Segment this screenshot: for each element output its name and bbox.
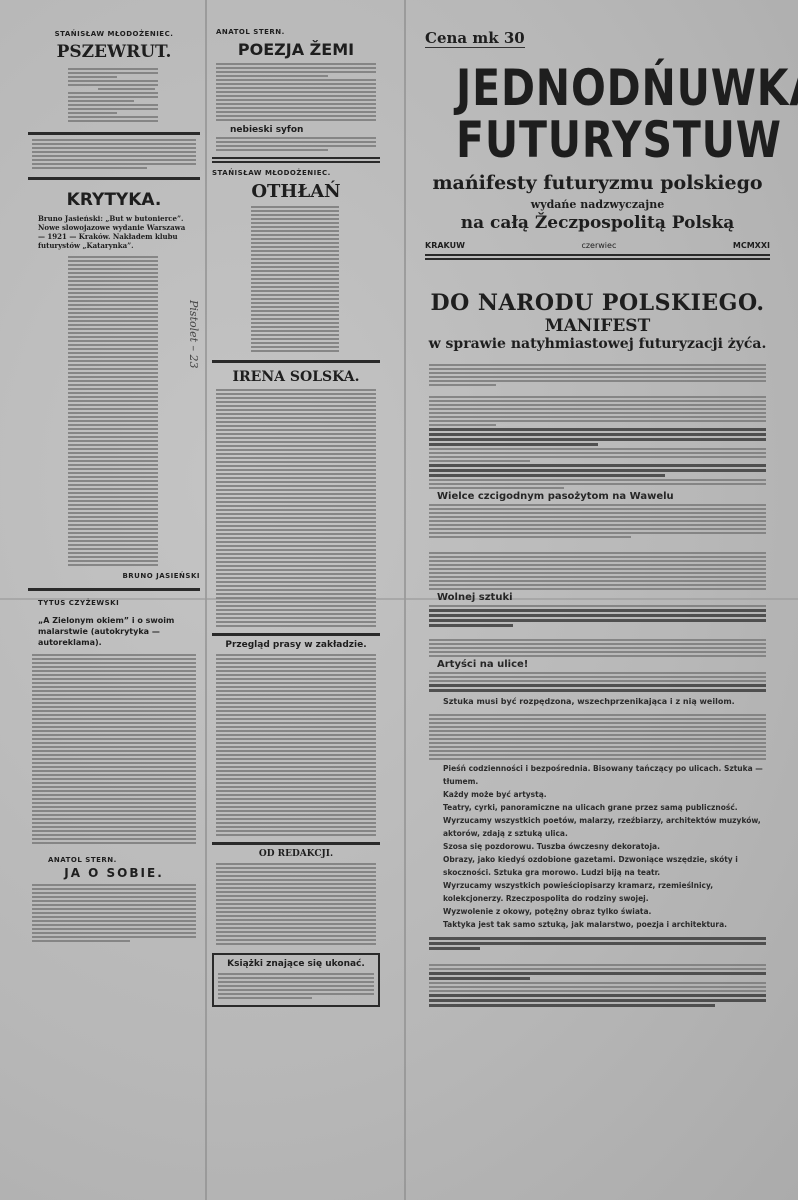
left-column: STAŃISŁAW MŁODOŻENIEC. PSZEWRUT. KRYTYKA… xyxy=(28,30,200,944)
dateline-place: KRAKUW xyxy=(425,241,465,250)
manifesto-body xyxy=(425,504,770,590)
manifesto-statement: Pieśń codzienności i bezpośrednia. Bisow… xyxy=(443,762,766,788)
manifesto-statement: Szosa się pozdorowu. Tuszba ówczesny dek… xyxy=(443,840,766,853)
article-author: TYTUS CZYŻEWSKI xyxy=(38,599,200,607)
manifesto-body xyxy=(425,937,770,1007)
manifesto-body xyxy=(425,672,770,692)
price-label: Cena mk 30 xyxy=(425,29,525,48)
article-body xyxy=(212,654,380,836)
article-title: „A Zielonym okiem” i o swoim malarstwie … xyxy=(28,615,200,648)
manifesto-statement: Wyrzucamy wszystkich poetów, malarzy, rz… xyxy=(443,814,766,840)
article-lead: Bruno Jasieński: „But w butonierce”. Now… xyxy=(28,214,200,250)
article-body xyxy=(28,654,200,844)
manifesto-subheading: MANIFEST xyxy=(425,316,770,336)
manifesto-heading: DO NARODU POLSKIEGO. xyxy=(425,290,770,316)
article-title: OTHŁAŃ xyxy=(212,181,380,202)
review-body xyxy=(28,256,200,566)
manifesto-statement: Teatry, cyrki, panoramiczne na ulicach g… xyxy=(443,801,766,814)
section-heading: Wielce czcigodnym pasożytom na Wawelu xyxy=(437,491,770,502)
section-heading: Wolnej sztuki xyxy=(437,592,770,603)
article-body xyxy=(212,389,380,627)
section-heading: Artyści na ulice! xyxy=(437,659,770,670)
masthead-title-line1: JEDNODŃUWKA xyxy=(456,62,739,114)
article-body xyxy=(212,863,380,945)
manifesto-statement: Wyzwolenie z okowy, potężny obraz tylko … xyxy=(443,905,766,918)
article-signature: BRUNO JASIEŃSKI xyxy=(28,572,200,580)
manifesto-statement: Wyrzucamy wszystkich powieściopisarzy kr… xyxy=(443,879,766,905)
handwritten-note: Pistolet – 23 xyxy=(187,300,200,369)
manifesto-statement: Obrazy, jako kiedyś ozdobione gazetami. … xyxy=(443,853,766,879)
article-title: JA O SOBIE. xyxy=(28,866,200,880)
poem-subhead: nebieski syfon xyxy=(230,125,380,135)
dateline: KRAKUW czerwiec MCMXXI xyxy=(425,241,770,250)
article-author: STAŃISŁAW MŁODOŻENIEC. xyxy=(28,30,200,38)
article-title: IRENA SOLSKA. xyxy=(212,369,380,385)
manifesto-statement: Taktyka jest tak samo sztuką, jak malars… xyxy=(443,918,766,931)
article-body xyxy=(28,139,200,169)
poem-body xyxy=(212,63,380,121)
masthead-scope: na całą Žeczpospolitą Polską xyxy=(425,213,770,233)
article-author: STAŃISŁAW MŁODOŻENIEC. xyxy=(212,169,380,177)
middle-column: ANATOL STERN. POEZJA ŽEMI nebieski syfon… xyxy=(212,28,380,1007)
manifesto-tagline: w sprawie natyhmiastowej futuryzacji żyć… xyxy=(425,336,770,352)
manifesto-statement: Każdy może być artystą. xyxy=(443,788,766,801)
dateline-year: MCMXXI xyxy=(733,241,770,250)
poem-body xyxy=(212,137,380,151)
article-title: KRYTYKA. xyxy=(28,190,200,210)
article-body xyxy=(28,884,200,942)
article-title: PSZEWRUT. xyxy=(28,42,200,62)
article-author: ANATOL STERN. xyxy=(48,856,200,864)
poem-body xyxy=(212,206,380,352)
manifesto-body xyxy=(425,714,770,760)
masthead-title-line2: FUTURYSTUW xyxy=(456,114,739,166)
article-title: Przegląd prasy w zakładzie. xyxy=(212,640,380,650)
manifesto-statement: Sztuka musi być rozpędzona, wszechprzeni… xyxy=(425,694,770,708)
masthead-subtitle: mańifesty futuryzmu polskiego xyxy=(425,172,770,194)
article-title: OD REDAKCJI. xyxy=(212,849,380,859)
book-list-box: Książki znające się ukonać. xyxy=(212,953,380,1007)
fold-line-vertical xyxy=(404,0,406,1200)
manifesto: DO NARODU POLSKIEGO. MANIFEST w sprawie … xyxy=(425,290,770,1009)
dateline-month: czerwiec xyxy=(581,241,616,250)
manifesto-body xyxy=(425,364,770,489)
manifesto-body xyxy=(425,605,770,657)
article-author: ANATOL STERN. xyxy=(216,28,380,36)
article-title: POEZJA ŽEMI xyxy=(212,40,380,59)
masthead: Cena mk 30 JEDNODŃUWKA FUTURYSTUW mańife… xyxy=(425,28,770,266)
masthead-edition: wydańe nadzwyczajne xyxy=(425,198,770,211)
column-divider xyxy=(205,0,207,1200)
poem-body xyxy=(28,68,200,122)
statement-list: Pieśń codzienności i bezpośrednia. Bisow… xyxy=(425,762,770,931)
box-title: Książki znające się ukonać. xyxy=(218,959,374,969)
